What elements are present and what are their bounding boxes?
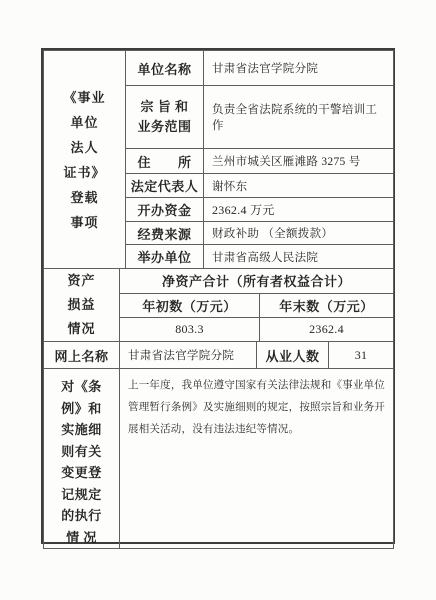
compliance-header-line: 变更登: [44, 462, 119, 484]
online-name-label: 网上名称: [44, 342, 120, 369]
certificate-header-line: 事项: [44, 210, 125, 235]
certificate-items-header: 《事业 单位 法人 证书》 登载 事项: [44, 51, 126, 269]
net-assets-title: 净资产合计（所有者权益合计）: [120, 269, 394, 294]
compliance-header-line: 则有关: [44, 441, 119, 463]
staff-count-value: 31: [329, 342, 394, 369]
compliance-header-line: 的执行: [44, 505, 119, 527]
certificate-header-line: 《事业: [44, 85, 125, 110]
compliance-header-line: 对《条: [44, 376, 119, 398]
certificate-header-line: 登载: [44, 185, 125, 210]
scanned-document-page: 《事业 单位 法人 证书》 登载 事项 单位名称 甘肃省法官学院分院 宗 旨 和…: [0, 0, 436, 600]
assets-section-header: 资产 损益 情况: [44, 269, 120, 342]
funding-source-value: 财政补助 （全额拨款）: [204, 222, 394, 245]
purpose-scope-label-line1: 宗 旨 和: [126, 97, 203, 117]
legal-representative-value: 谢怀东: [204, 174, 394, 198]
funding-source-label: 经费来源: [126, 222, 204, 245]
assets-header-line: 损益: [44, 293, 119, 317]
online-name-section: 网上名称 甘肃省法官学院分院 从业人数 31: [43, 341, 394, 369]
certificate-header-line: 证书》: [44, 160, 125, 185]
year-start-label: 年初数（万元）: [120, 293, 260, 318]
annual-report-table: 《事业 单位 法人 证书》 登载 事项 单位名称 甘肃省法官学院分院 宗 旨 和…: [41, 48, 395, 544]
certificate-header-line: 单位: [44, 110, 125, 135]
assets-header-line: 资产: [44, 269, 119, 293]
year-start-value: 803.3: [120, 318, 260, 342]
opening-funds-label: 开办资金: [126, 198, 204, 222]
address-value: 兰州市城关区雁滩路 3275 号: [204, 149, 394, 174]
assets-header-line: 情况: [44, 317, 119, 341]
compliance-section-header: 对《条 例》和 实施细 则有关 变更登 记规定 的执行 情 况: [44, 369, 120, 549]
legal-representative-label: 法定代表人: [126, 174, 204, 198]
staff-count-label: 从业人数: [257, 342, 329, 369]
compliance-section: 对《条 例》和 实施细 则有关 变更登 记规定 的执行 情 况 上一年度，我单位…: [43, 368, 394, 549]
sponsor-unit-value: 甘肃省高级人民法院: [204, 245, 394, 269]
online-name-value: 甘肃省法官学院分院: [120, 342, 257, 369]
sponsor-unit-label: 举办单位: [126, 245, 204, 269]
year-end-label: 年末数（万元）: [260, 293, 394, 318]
purpose-scope-value: 负责全省法院系统的干警培训工作: [204, 86, 394, 149]
compliance-statement: 上一年度，我单位遵守国家有关法律法规和《事业单位管理暂行条例》及实施细则的规定，…: [120, 369, 394, 549]
opening-funds-value: 2362.4 万元: [204, 198, 394, 222]
purpose-scope-label-line2: 业务范围: [126, 117, 203, 137]
address-label: 住 所: [126, 149, 204, 174]
unit-name-value: 甘肃省法官学院分院: [204, 51, 394, 86]
assets-section: 资产 损益 情况 净资产合计（所有者权益合计） 年初数（万元） 年末数（万元） …: [43, 268, 394, 342]
year-end-value: 2362.4: [260, 318, 394, 342]
certificate-items-section: 《事业 单位 法人 证书》 登载 事项 单位名称 甘肃省法官学院分院 宗 旨 和…: [43, 50, 394, 269]
compliance-header-line: 例》和: [44, 398, 119, 420]
compliance-header-line: 实施细: [44, 419, 119, 441]
compliance-header-line: 情 况: [44, 527, 119, 549]
compliance-header-line: 记规定: [44, 484, 119, 506]
purpose-scope-label: 宗 旨 和 业务范围: [126, 86, 204, 149]
certificate-header-line: 法人: [44, 135, 125, 160]
unit-name-label: 单位名称: [126, 51, 204, 86]
